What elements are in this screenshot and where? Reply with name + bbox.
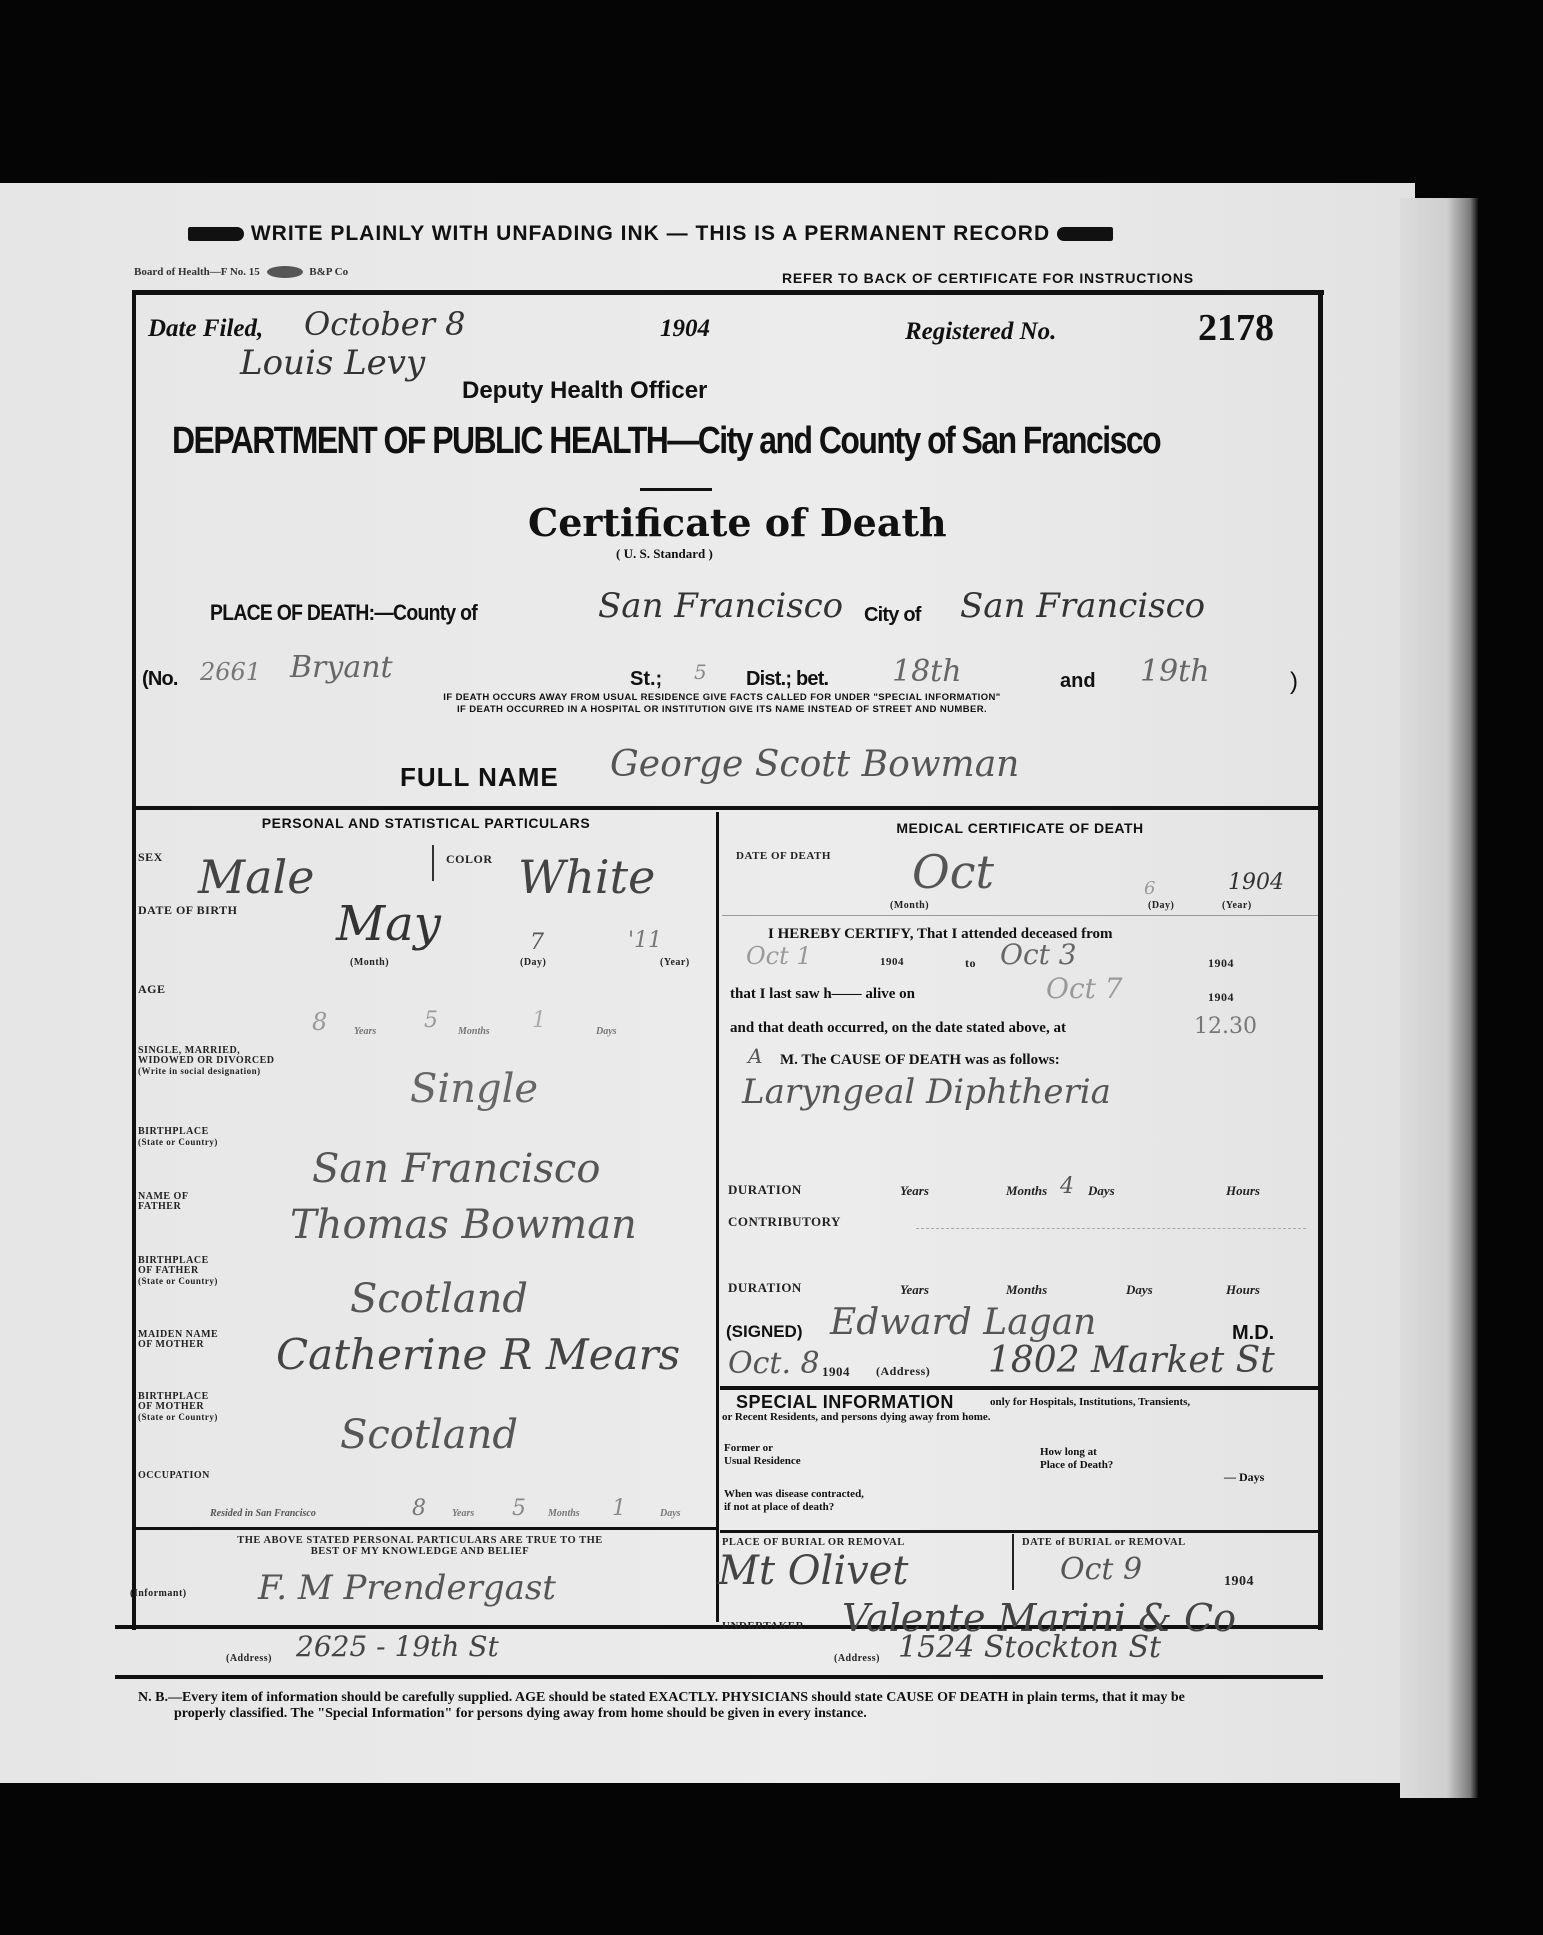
undertaker-address-label: (Address): [834, 1653, 880, 1664]
county-value: San Francisco: [598, 586, 843, 626]
street-number: 2661: [200, 658, 261, 686]
district-value: 5: [694, 660, 707, 684]
duration-months-caption: Months: [1006, 1183, 1047, 1199]
color-label: COLOR: [446, 852, 493, 867]
age-months: 5: [424, 1008, 438, 1033]
dod-month: Oct: [912, 845, 994, 899]
birthplace-label: BIRTHPLACE (State or Country): [138, 1127, 218, 1147]
resided-months-caption: Months: [548, 1508, 580, 1519]
contributory-line: [916, 1228, 1306, 1229]
occupation-label: OCCUPATION: [138, 1470, 210, 1481]
burial-date: Oct 9: [1060, 1552, 1142, 1587]
date-filed-year: 1904: [660, 315, 710, 343]
age-years-caption: Years: [354, 1026, 376, 1037]
burial-divider: [1012, 1534, 1014, 1590]
physician-address: 1802 Market St: [988, 1340, 1275, 1381]
dob-label: DATE OF BIRTH: [138, 903, 237, 918]
occurred-text: and that death occurred, on the date sta…: [730, 1020, 1066, 1037]
footnote: N. B.—Every item of information should b…: [138, 1690, 1234, 1722]
special-heading: SPECIAL INFORMATION: [736, 1392, 954, 1413]
attended-to-year: 1904: [1208, 956, 1234, 971]
dob-year: '11: [628, 928, 662, 953]
resided-years: 8: [412, 1496, 426, 1521]
attended-from: Oct 1: [746, 942, 812, 970]
dod-day: 6: [1144, 878, 1155, 899]
dob-month-caption: (Month): [350, 957, 389, 968]
special-subheading-1: only for Hospitals, Institutions, Transi…: [990, 1396, 1190, 1408]
printer-seal-icon: [267, 266, 303, 278]
border-right: [1318, 290, 1323, 1630]
sex-label: SEX: [138, 850, 163, 865]
pointing-hand-left-icon: [1057, 227, 1113, 241]
dod-rule: [722, 915, 1318, 916]
ink-banner: WRITE PLAINLY WITH UNFADING INK — THIS I…: [188, 222, 1268, 246]
medical-bottom-rule: [720, 1386, 1318, 1390]
age-months-caption: Months: [458, 1026, 490, 1037]
mother-birthplace-value: Scotland: [340, 1412, 518, 1458]
paren-close: ): [1290, 668, 1298, 696]
physician-address-label: (Address): [876, 1364, 930, 1379]
personal-heading: PERSONAL AND STATISTICAL PARTICULARS: [136, 815, 716, 831]
special-subheading-2: or Recent Residents, and persons dying a…: [722, 1411, 991, 1423]
column-divider: [716, 812, 719, 1622]
informant-address-label: (Address): [226, 1653, 272, 1664]
registered-number: 2178: [1198, 306, 1274, 350]
resided-years-caption: Years: [452, 1508, 474, 1519]
marital-label: SINGLE, MARRIED, WIDOWED OR DIVORCED (Wr…: [138, 1046, 275, 1076]
last-saw-date: Oct 7: [1046, 972, 1123, 1005]
signed-date: Oct. 8: [728, 1346, 820, 1381]
st-label: St.;: [630, 668, 662, 691]
officer-signature: Louis Levy: [240, 343, 425, 383]
sex-value: Male: [198, 850, 314, 904]
city-value: San Francisco: [960, 586, 1205, 626]
attended-to: Oct 3: [1000, 938, 1077, 971]
department-title: DEPARTMENT OF PUBLIC HEALTH—City and Cou…: [172, 420, 1104, 463]
resided-label: Resided in San Francisco: [210, 1508, 316, 1519]
duration2-hours-caption: Hours: [1226, 1282, 1260, 1298]
medical-heading: MEDICAL CERTIFICATE OF DEATH: [720, 820, 1320, 836]
death-time: 12.30: [1194, 1014, 1257, 1039]
color-value: White: [518, 850, 655, 904]
us-standard: ( U. S. Standard ): [616, 546, 713, 562]
dod-label: DATE OF DEATH: [736, 850, 831, 862]
pointing-hand-right-icon: [188, 227, 244, 241]
former-residence-label: Former or Usual Residence: [724, 1442, 801, 1468]
personal-bottom-rule: [136, 1527, 716, 1530]
burial-place-label: PLACE OF BURIAL OR REMOVAL: [722, 1537, 905, 1548]
between-street-1: 18th: [892, 654, 962, 689]
age-label: AGE: [138, 982, 166, 997]
place-note: IF DEATH OCCURS AWAY FROM USUAL RESIDENC…: [282, 692, 1162, 716]
age-days-caption: Days: [596, 1026, 617, 1037]
dod-year: 1904: [1228, 870, 1284, 895]
mother-name-value: Catherine R Mears: [276, 1330, 680, 1379]
how-long-label: How long at Place of Death?: [1040, 1446, 1113, 1472]
street-name: Bryant: [290, 650, 393, 685]
age-days: 1: [532, 1008, 546, 1033]
dod-year-caption: (Year): [1222, 900, 1252, 911]
signed-label: (SIGNED): [726, 1322, 803, 1342]
banner-text: WRITE PLAINLY WITH UNFADING INK — THIS I…: [251, 222, 1050, 245]
dob-day: 7: [530, 930, 544, 955]
and-label: and: [1060, 670, 1096, 693]
duration-days-value: 4: [1060, 1174, 1074, 1199]
dod-month-caption: (Month): [890, 900, 929, 911]
dob-day-caption: (Day): [520, 957, 546, 968]
form-id: Board of Health—F No. 15 B&P Co: [134, 266, 348, 278]
last-saw-text: that I last saw h—— alive on: [730, 986, 915, 1003]
between-street-2: 19th: [1140, 654, 1210, 689]
date-filed-label: Date Filed,: [148, 315, 263, 343]
mother-birthplace-label: BIRTHPLACE OF MOTHER (State or Country): [138, 1392, 218, 1422]
special-bottom-rule: [720, 1530, 1318, 1533]
cause-of-death: Laryngeal Diphtheria: [742, 1072, 1111, 1112]
registered-label: Registered No.: [905, 318, 1056, 346]
to-label: to: [965, 956, 976, 971]
cause-text: M. The CAUSE OF DEATH was as follows:: [780, 1052, 1060, 1069]
father-name-label: NAME OF FATHER: [138, 1192, 188, 1212]
birthplace-value: San Francisco: [312, 1146, 600, 1192]
duration2-months-caption: Months: [1006, 1282, 1047, 1298]
date-filed-value: October 8: [304, 305, 466, 343]
burial-place: Mt Olivet: [718, 1548, 908, 1594]
sex-color-divider: [432, 845, 434, 881]
city-label: City of: [864, 604, 921, 627]
duration2-label: DURATION: [728, 1280, 802, 1296]
street-no-label: (No.: [142, 668, 178, 691]
border-left: [132, 290, 136, 1630]
informant-statement: THE ABOVE STATED PERSONAL PARTICULARS AR…: [130, 1535, 710, 1557]
mother-name-label: MAIDEN NAME OF MOTHER: [138, 1330, 218, 1350]
burial-date-label: DATE of BURIAL or REMOVAL: [1022, 1537, 1186, 1548]
marital-value: Single: [410, 1066, 538, 1112]
signed-year: 1904: [822, 1364, 850, 1380]
duration-years-caption: Years: [900, 1183, 929, 1199]
form-bottom-rule: [115, 1675, 1323, 1679]
father-birthplace-label: BIRTHPLACE OF FATHER (State or Country): [138, 1256, 218, 1286]
duration-days-caption: Days: [1088, 1183, 1115, 1199]
officer-title: Deputy Health Officer: [462, 377, 707, 405]
border-top: [132, 290, 1324, 295]
duration2-days-caption: Days: [1126, 1282, 1153, 1298]
section-divider: [136, 806, 1322, 810]
undertaker-label: UNDERTAKER: [722, 1620, 804, 1632]
days-label: — Days: [1224, 1470, 1264, 1485]
resided-months: 5: [512, 1496, 526, 1521]
informant-name: F. M Prendergast: [258, 1568, 556, 1608]
age-years: 8: [312, 1008, 327, 1036]
full-name-label: FULL NAME: [400, 762, 559, 793]
burial-year: 1904: [1224, 1574, 1254, 1590]
place-of-death-label: PLACE OF DEATH:—County of: [210, 600, 477, 626]
dob-month: May: [336, 896, 441, 952]
duration-hours-caption: Hours: [1226, 1183, 1260, 1199]
contributory-label: CONTRIBUTORY: [728, 1214, 841, 1230]
title-divider: [640, 488, 712, 491]
meridian: A: [748, 1044, 762, 1068]
physician-signature: Edward Lagan: [830, 1302, 1096, 1343]
certificate-title: Certificate of Death: [528, 500, 947, 545]
district-label: Dist.; bet.: [746, 668, 828, 691]
book-page-edge: [1400, 198, 1478, 1798]
full-name-value: George Scott Bowman: [610, 744, 1019, 785]
attended-from-year: 1904: [880, 956, 904, 968]
duration-label: DURATION: [728, 1182, 802, 1198]
dod-day-caption: (Day): [1148, 900, 1174, 911]
duration2-years-caption: Years: [900, 1282, 929, 1298]
instructions-note: REFER TO BACK OF CERTIFICATE FOR INSTRUC…: [782, 270, 1194, 286]
informant-label: (Informant): [130, 1588, 187, 1599]
last-saw-year: 1904: [1208, 990, 1234, 1005]
contracted-label: When was disease contracted, if not at p…: [724, 1488, 864, 1514]
dob-year-caption: (Year): [660, 957, 690, 968]
undertaker-address: 1524 Stockton St: [898, 1630, 1161, 1665]
father-name-value: Thomas Bowman: [290, 1202, 637, 1248]
resided-days-caption: Days: [660, 1508, 681, 1519]
father-birthplace-value: Scotland: [350, 1276, 528, 1322]
resided-days: 1: [612, 1496, 626, 1521]
informant-address: 2625 - 19th St: [296, 1630, 499, 1663]
